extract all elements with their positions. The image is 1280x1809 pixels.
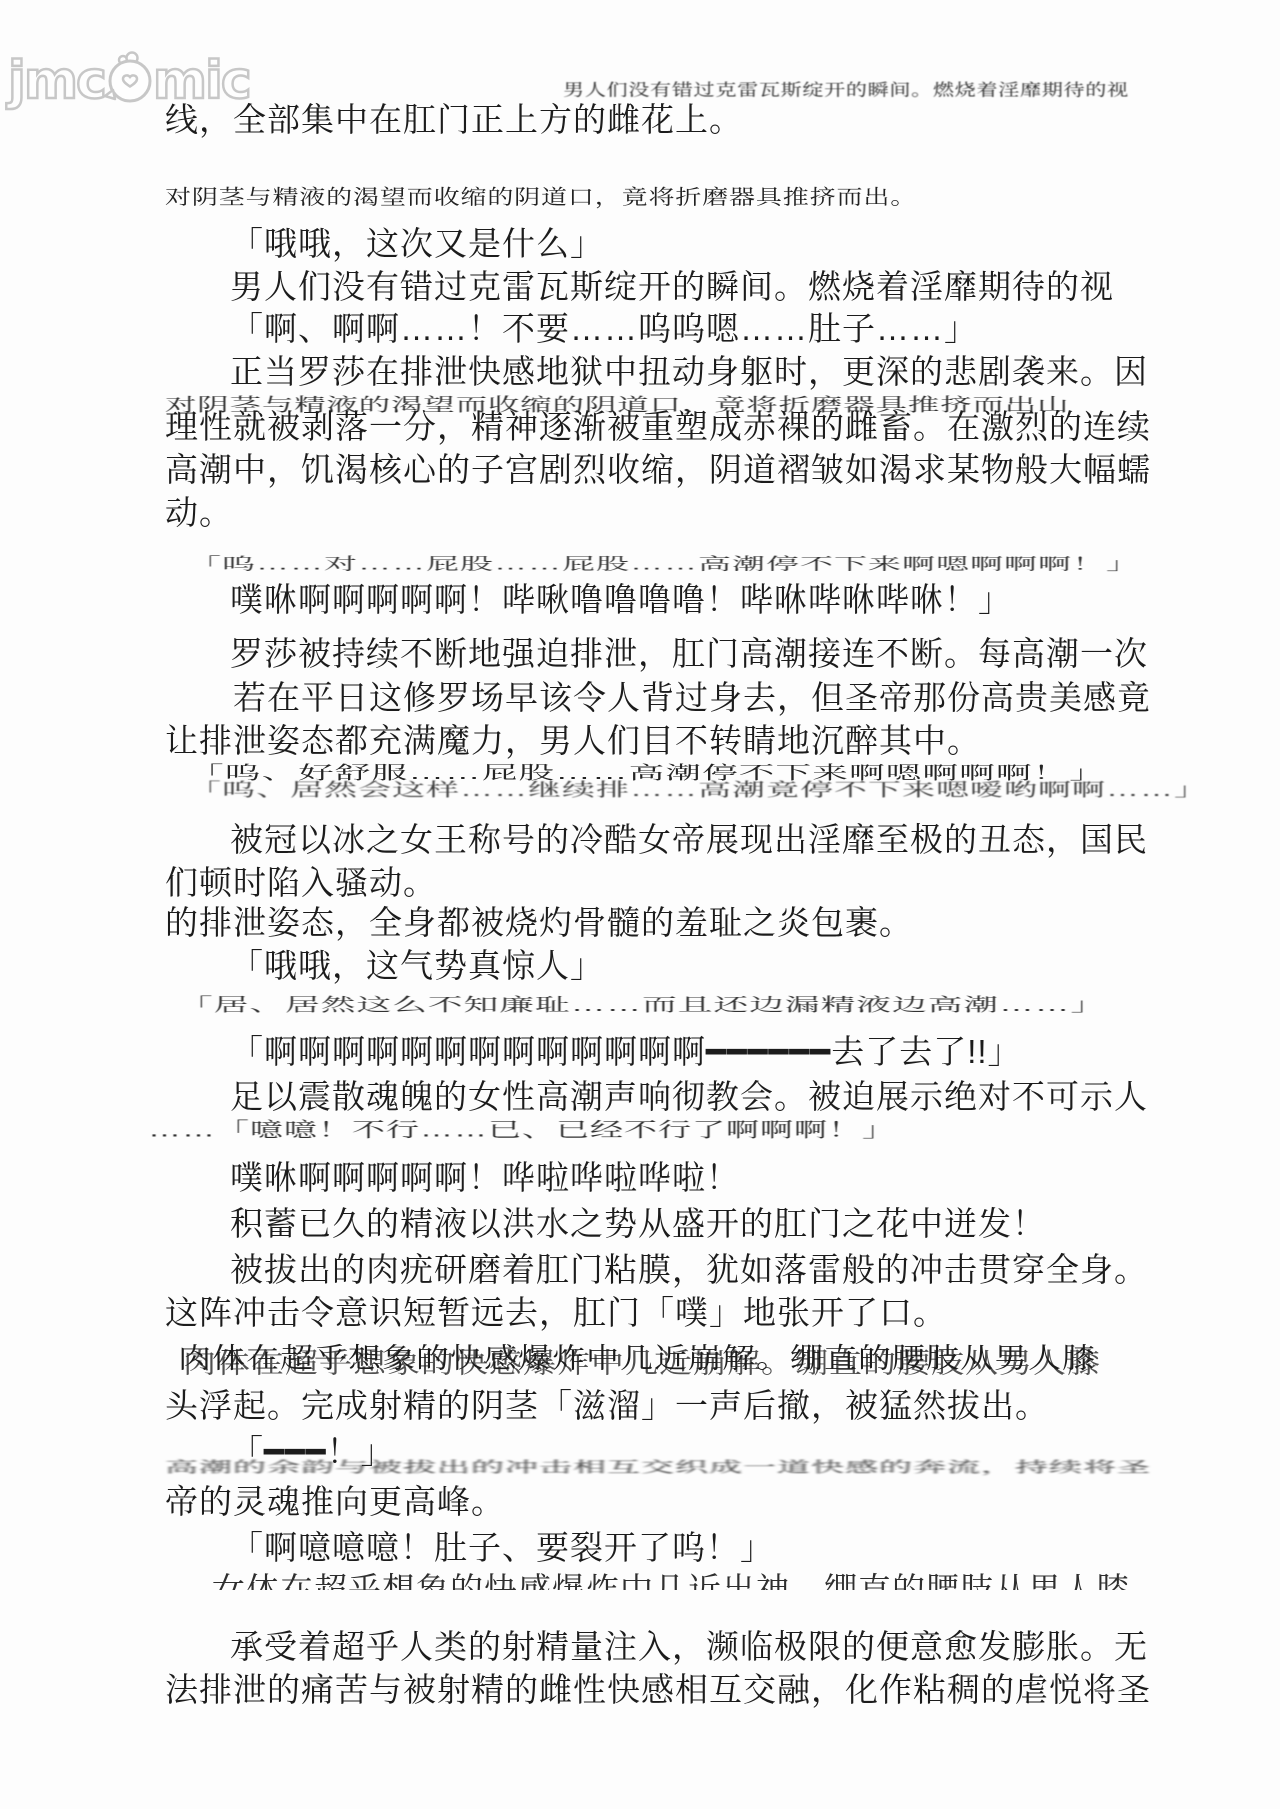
text-line: 肉体在超乎想象的快感爆炸中几近崩解。绷直的腰肢从男人膝 [178, 1341, 1096, 1375]
text-line: 承受着超乎人类的射精量注入，濒临极限的便意愈发膨胀。无 [230, 1627, 1148, 1667]
text-line: 「啊、啊啊……！不要……呜呜嗯……肚子……」 [230, 309, 978, 349]
text-line: 积蓄已久的精液以洪水之势从盛开的肛门之花中迸发！ [230, 1204, 1046, 1244]
text-layer: 男人们没有错过克雷瓦斯绽开的瞬间。燃烧着淫靡期待的视线，全部集中在肛门正上方的雌… [0, 0, 1280, 1809]
text-line: 男人们没有错过克雷瓦斯绽开的瞬间。燃烧着淫靡期待的视 [563, 80, 1129, 100]
text-line: 高潮中，饥渴核心的子宫剧烈收缩，阴道褶皱如渴求某物般大幅蠕 [165, 450, 1151, 490]
text-line: 「呜……对……屁股……屁股……高潮停不下来啊嗯啊啊啊！」 [188, 554, 1140, 574]
text-line: 这阵冲击令意识短暂远去，肛门「噗」地张开了口。 [165, 1293, 947, 1333]
text-line: 被拔出的肉疣研磨着肛门粘膜，犹如落雷般的冲击贯穿全身。 [230, 1250, 1148, 1290]
text-line: 正当罗莎在排泄快感地狱中扭动身躯时，更深的悲剧袭来。因 [230, 352, 1148, 392]
text-line: 「啊啊啊啊啊啊啊啊啊啊啊啊啊━━━━━━去了去了!!」 [230, 1032, 1022, 1072]
text-line: 噗咻啊啊啊啊啊！哔啾噜噜噜噜！哔咻哔咻哔咻！」 [230, 580, 1012, 620]
text-line: 若在平日这修罗场早该令人背过身去，但圣帝那份高贵美感竟 [233, 678, 1151, 718]
text-line: 对阴茎与精液的渴望而收缩的阴道口，竟将折磨器具推挤而出。 [165, 185, 917, 210]
text-line: 罗莎被持续不断地强迫排泄，肛门高潮接连不断。每高潮一次 [230, 634, 1148, 674]
text-line: 「哦哦，这次又是什么」 [230, 224, 604, 264]
novel-page: jmc mic 男人们没有错过克雷瓦斯绽开的瞬间。燃烧着淫靡期待的视线，全部集中… [0, 0, 1280, 1809]
text-line: 女体在超乎想象的快感爆炸中几近出神，绷直的腰肢从男人膝 [212, 1570, 1130, 1590]
text-line: 线，全部集中在肛门正上方的雌花上。 [165, 100, 743, 140]
text-line: 「居、居然这么不知廉耻……而且还边漏精液边高潮……」 [178, 994, 1106, 1016]
text-line: 噗咻啊啊啊啊啊！哗啦哗啦哗啦！ [230, 1158, 740, 1198]
text-line: 动。 [165, 493, 233, 533]
text-line: 「哦哦，这气势真惊人」 [230, 946, 604, 986]
text-line: 「啊噫噫噫！肚子、要裂开了呜！」 [230, 1528, 774, 1568]
text-line: 足以震散魂魄的女性高潮声响彻教会。被迫展示绝对不可示人 [230, 1077, 1148, 1117]
text-line: 的排泄姿态，全身都被烧灼骨髓的羞耻之炎包裹。 [165, 903, 913, 943]
text-line: 被冠以冰之女王称号的冷酷女帝展现出淫靡至极的丑态，国民 [230, 820, 1148, 860]
text-line: 帝的灵魂推向更高峰。 [165, 1482, 505, 1522]
text-line: 法排泄的痛苦与被射精的雌性快感相互交融，化作粘稠的虐悦将圣 [165, 1670, 1151, 1710]
text-line: 高潮的余韵与被拔出的冲击相互交织成一道快感的奔流，持续将圣 [165, 1458, 1151, 1476]
text-line: 「呜、居然会这样……继续排……高潮竟停不下来嗯嗳哟啊啊……」 [188, 779, 1208, 801]
text-line: 头浮起。完成射精的阴茎「滋溜」一声后撤，被猛然拔出。 [165, 1386, 1049, 1426]
text-line: 男人们没有错过克雷瓦斯绽开的瞬间。燃烧着淫靡期待的视 [230, 267, 1114, 307]
text-line: ……「噫噫！不行……已、已经不行了啊啊啊！」 [148, 1118, 896, 1142]
text-line: 理性就被剥落一分，精神逐渐被重塑成赤裸的雌畜。在激烈的连续 [165, 407, 1151, 447]
text-line: 让排泄姿态都充满魔力，男人们目不转睛地沉醉其中。 [165, 721, 981, 761]
text-line: 们顿时陷入骚动。 [165, 863, 437, 903]
